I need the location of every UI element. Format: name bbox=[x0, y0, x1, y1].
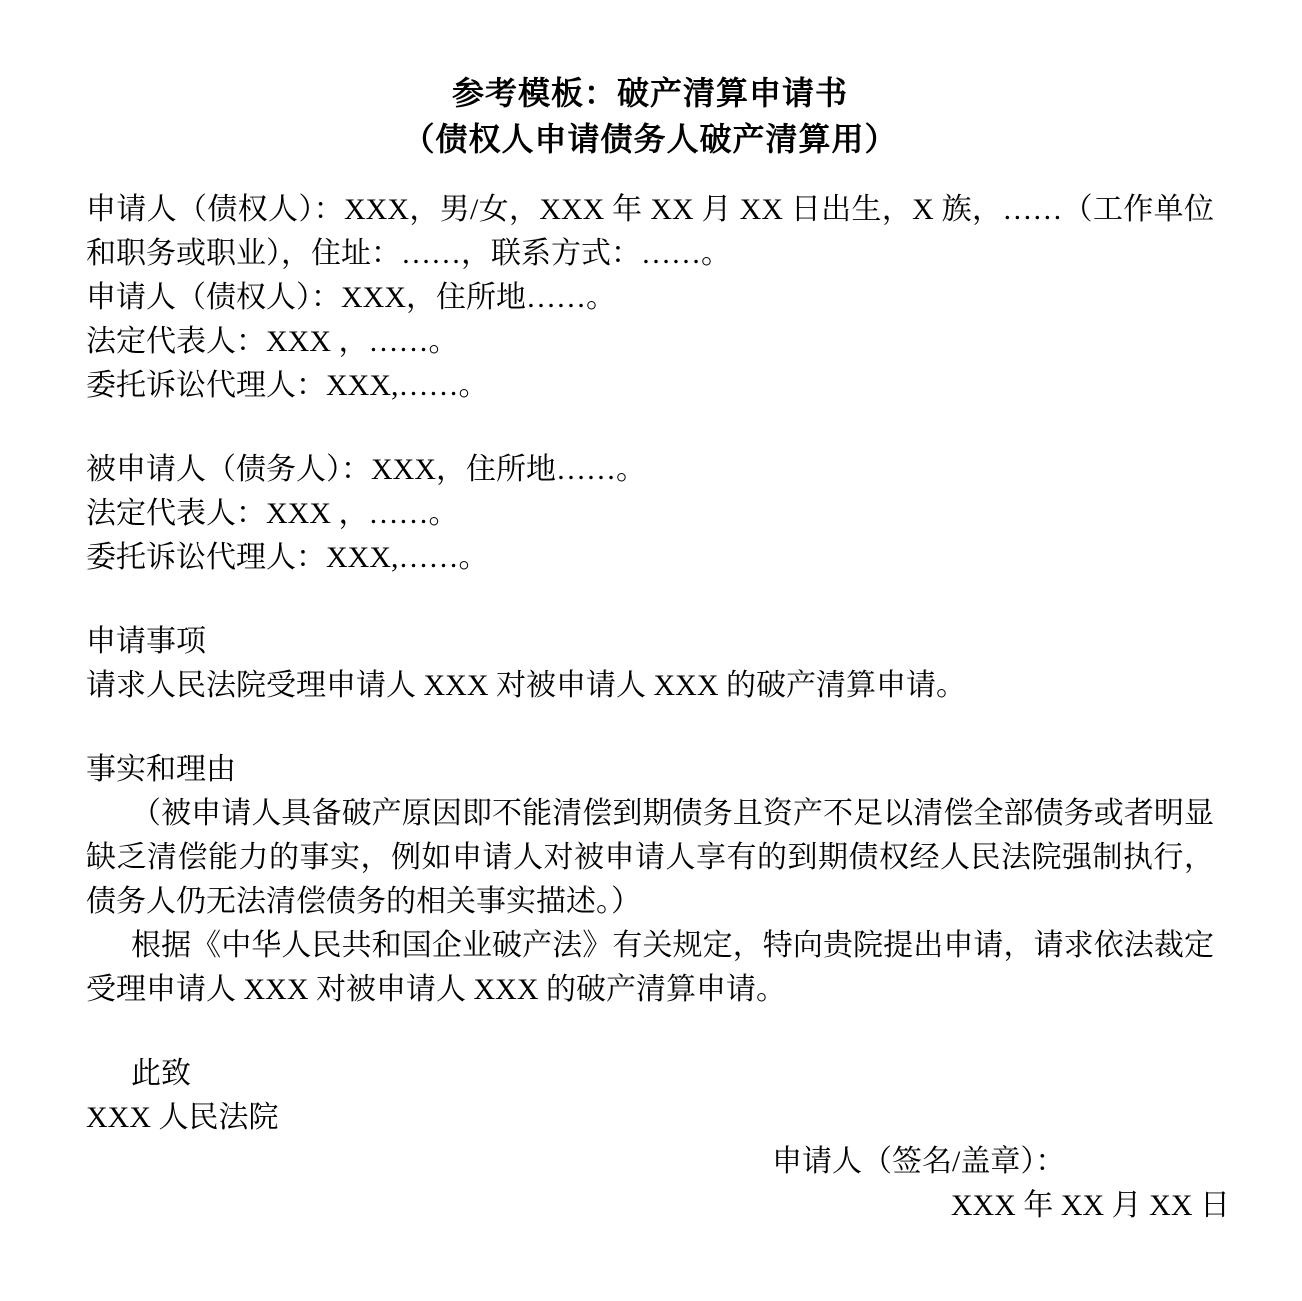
document-page: 参考模板：破产清算申请书 （债权人申请债务人破产清算用） 申请人（债权人）：XX… bbox=[0, 0, 1302, 1301]
applicant-creditor-entity: 申请人（债权人）：XXX，住所地……。 bbox=[86, 276, 1214, 320]
signature-label: 申请人（签名/盖章）： bbox=[772, 1140, 1214, 1184]
respondent-debtor: 被申请人（债务人）：XXX，住所地……。 bbox=[86, 448, 1214, 492]
facts-paragraph-1: （被申请人具备破产原因即不能清偿到期债务且资产不足以清偿全部债务或者明显缺乏清偿… bbox=[86, 792, 1214, 924]
request-content: 请求人民法院受理申请人 XXX 对被申请人 XXX 的破产清算申请。 bbox=[86, 664, 1214, 708]
respondent-legal-representative: 法定代表人：XXX ，……。 bbox=[86, 492, 1214, 536]
section-gap bbox=[86, 708, 1214, 748]
applicant-legal-representative: 法定代表人：XXX ，……。 bbox=[86, 320, 1214, 364]
date-line: XXX 年 XX 月 XX 日 bbox=[86, 1184, 1230, 1228]
section-gap bbox=[86, 580, 1214, 620]
applicant-creditor-individual: 申请人（债权人）：XXX，男/女，XXX 年 XX 月 XX 日出生，X 族，…… bbox=[86, 188, 1214, 276]
applicant-litigation-agent: 委托诉讼代理人：XXX,……。 bbox=[86, 364, 1214, 408]
respondent-litigation-agent: 委托诉讼代理人：XXX,……。 bbox=[86, 536, 1214, 580]
document-title: 参考模板：破产清算申请书 bbox=[86, 70, 1214, 116]
section-gap bbox=[86, 408, 1214, 448]
section-gap bbox=[86, 1012, 1214, 1052]
request-heading: 申请事项 bbox=[86, 620, 1214, 664]
facts-heading: 事实和理由 bbox=[86, 748, 1214, 792]
closing-court: XXX 人民法院 bbox=[86, 1096, 1214, 1140]
closing-salutation: 此致 bbox=[86, 1052, 1214, 1096]
document-subtitle: （债权人申请债务人破产清算用） bbox=[86, 116, 1214, 162]
facts-paragraph-2: 根据《中华人民共和国企业破产法》有关规定，特向贵院提出申请，请求依法裁定受理申请… bbox=[86, 924, 1214, 1012]
title-block: 参考模板：破产清算申请书 （债权人申请债务人破产清算用） bbox=[86, 70, 1214, 162]
